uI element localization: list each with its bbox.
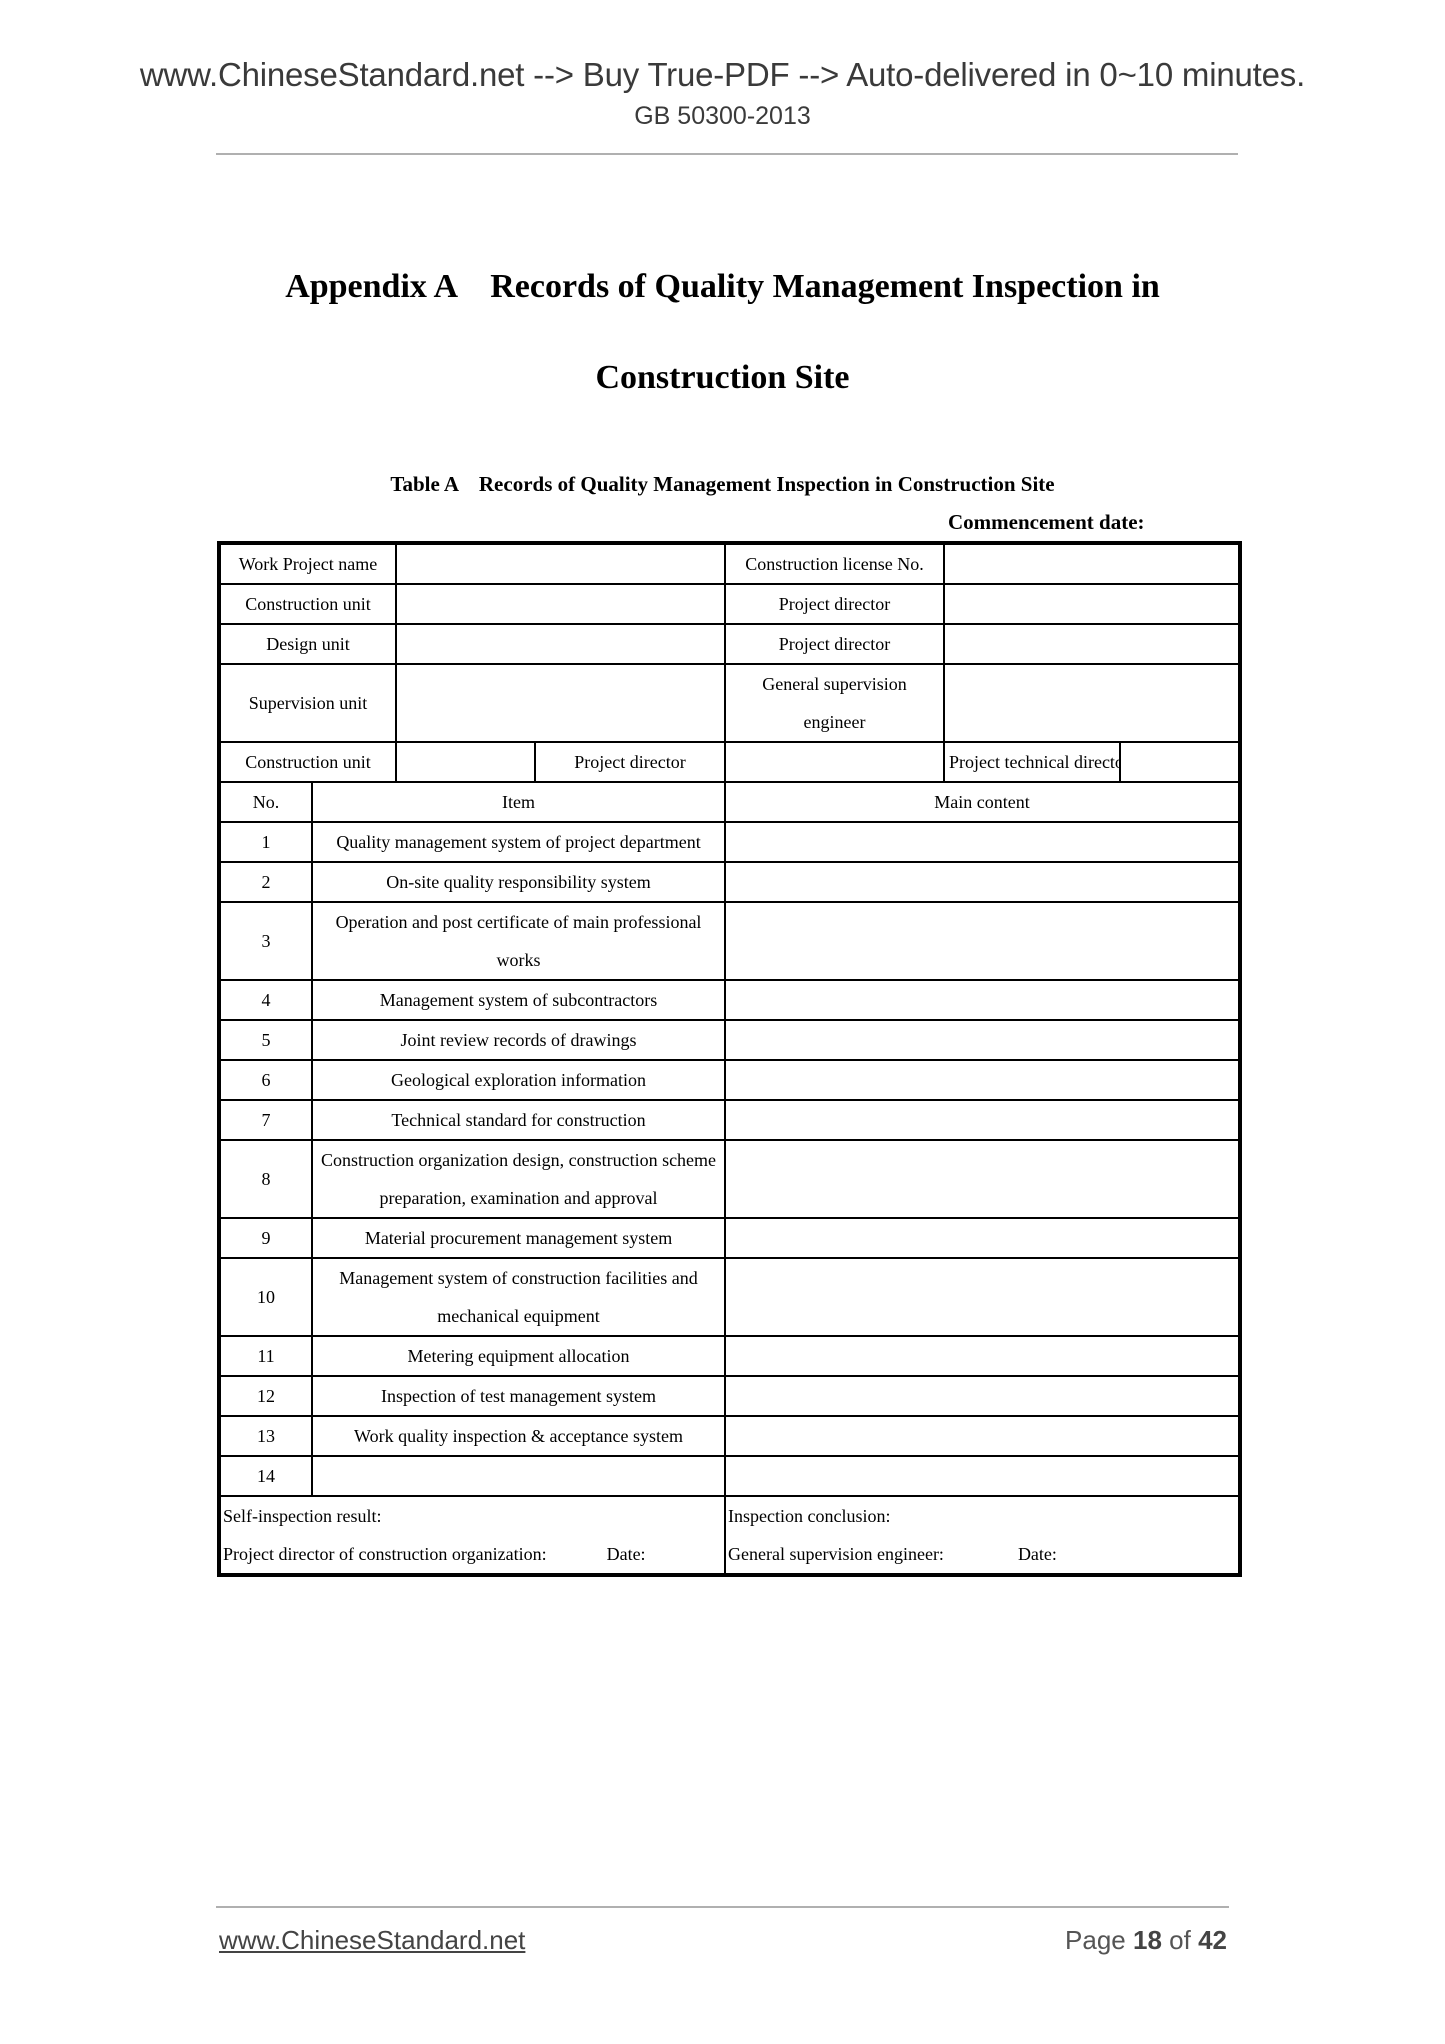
self-inspection-cell-signer: Project director of construction organiz… [223, 1544, 547, 1564]
item-name: Construction organization design, constr… [312, 1140, 725, 1218]
table-row: 4Management system of subcontractors [219, 980, 1240, 1020]
item-number: 9 [219, 1218, 312, 1258]
table-row: 7Technical standard for construction [219, 1100, 1240, 1140]
project-director-label: Project director [535, 742, 725, 782]
item-number: 2 [219, 862, 312, 902]
inspection-conclusion-cell-signer: General supervision engineer: [728, 1544, 944, 1564]
column-header-item: Item [312, 782, 725, 822]
appendix-title-line2: Construction Site [0, 359, 1445, 397]
commencement-date-label: Commencement date: [948, 510, 1145, 535]
table-row: 3Operation and post certificate of main … [219, 902, 1240, 980]
item-number: 5 [219, 1020, 312, 1060]
signoff-row: Self-inspection result:Project director … [219, 1496, 1240, 1575]
table-row: 12Inspection of test management system [219, 1376, 1240, 1416]
item-content-field[interactable] [725, 1140, 1240, 1218]
column-header-content: Main content [725, 782, 1240, 822]
info-row: Design unitProject director [219, 624, 1240, 664]
item-number: 4 [219, 980, 312, 1020]
info-value-field[interactable] [396, 584, 725, 624]
item-content-field[interactable] [725, 1060, 1240, 1100]
page-of: of [1169, 1925, 1191, 1955]
standard-code: GB 50300-2013 [0, 102, 1445, 131]
table-row: 2On-site quality responsibility system [219, 862, 1240, 902]
project-director-field[interactable] [725, 742, 944, 782]
info-value-field-2[interactable] [944, 664, 1240, 742]
info-value-field[interactable] [396, 543, 725, 584]
info-value-field[interactable] [396, 664, 725, 742]
appendix-title-line1: Appendix A Records of Quality Management… [0, 268, 1445, 306]
construction-unit-field[interactable] [396, 742, 535, 782]
inspection-record-table: Work Project nameConstruction license No… [217, 541, 1242, 1577]
item-content-field[interactable] [725, 1456, 1240, 1496]
inspection-conclusion-cell[interactable]: Inspection conclusion:General supervisio… [725, 1496, 1240, 1575]
item-name: Operation and post certificate of main p… [312, 902, 725, 980]
item-number: 8 [219, 1140, 312, 1218]
info-label: Supervision unit [219, 664, 396, 742]
item-content-field[interactable] [725, 980, 1240, 1020]
item-content-field[interactable] [725, 1416, 1240, 1456]
item-name: Material procurement management system [312, 1218, 725, 1258]
item-name: Geological exploration information [312, 1060, 725, 1100]
item-content-field[interactable] [725, 902, 1240, 980]
table-row: 11Metering equipment allocation [219, 1336, 1240, 1376]
item-name: Management system of subcontractors [312, 980, 725, 1020]
item-content-field[interactable] [725, 1376, 1240, 1416]
info-row: Supervision unitGeneral supervision engi… [219, 664, 1240, 742]
item-number: 6 [219, 1060, 312, 1100]
item-name: Management system of construction facili… [312, 1258, 725, 1336]
self-inspection-cell[interactable]: Self-inspection result:Project director … [219, 1496, 725, 1575]
table-row: 1Quality management system of project de… [219, 822, 1240, 862]
self-inspection-cell-title: Self-inspection result: [223, 1506, 381, 1526]
info-row: Work Project nameConstruction license No… [219, 543, 1240, 584]
item-name: Quality management system of project dep… [312, 822, 725, 862]
item-name: Joint review records of drawings [312, 1020, 725, 1060]
table-row: 5Joint review records of drawings [219, 1020, 1240, 1060]
page-total: 42 [1198, 1925, 1227, 1955]
tech-director-field[interactable] [1120, 742, 1240, 782]
table-row: 13Work quality inspection & acceptance s… [219, 1416, 1240, 1456]
inspection-conclusion-cell-title: Inspection conclusion: [728, 1506, 890, 1526]
item-name: Metering equipment allocation [312, 1336, 725, 1376]
construction-unit-label: Construction unit [219, 742, 396, 782]
info-value-field-2[interactable] [944, 584, 1240, 624]
info-label-2: General supervision engineer [725, 664, 944, 742]
info-label-2: Construction license No. [725, 543, 944, 584]
info-label: Design unit [219, 624, 396, 664]
page-indicator: Page 18 of 42 [1065, 1925, 1227, 1956]
item-content-field[interactable] [725, 1258, 1240, 1336]
item-content-field[interactable] [725, 1218, 1240, 1258]
item-number: 10 [219, 1258, 312, 1336]
self-inspection-cell-date-label: Date: [607, 1535, 646, 1573]
item-content-field[interactable] [725, 862, 1240, 902]
item-number: 14 [219, 1456, 312, 1496]
table-row: 14 [219, 1456, 1240, 1496]
info-value-field[interactable] [396, 624, 725, 664]
item-number: 1 [219, 822, 312, 862]
info-row: Construction unitProject director [219, 584, 1240, 624]
construction-unit-row: Construction unitProject directorProject… [219, 742, 1240, 782]
item-name: Technical standard for construction [312, 1100, 725, 1140]
footer-divider [216, 1906, 1229, 1908]
items-header-row: No.ItemMain content [219, 782, 1240, 822]
column-header-no: No. [219, 782, 312, 822]
item-content-field[interactable] [725, 1020, 1240, 1060]
page-current: 18 [1133, 1925, 1162, 1955]
table-row: 6Geological exploration information [219, 1060, 1240, 1100]
tech-director-label: Project technical director [944, 742, 1120, 782]
item-number: 3 [219, 902, 312, 980]
inspection-conclusion-cell-date-label: Date: [1018, 1535, 1057, 1573]
item-name: On-site quality responsibility system [312, 862, 725, 902]
item-number: 13 [219, 1416, 312, 1456]
info-value-field-2[interactable] [944, 543, 1240, 584]
info-label-2: Project director [725, 624, 944, 664]
item-content-field[interactable] [725, 1336, 1240, 1376]
header-divider [216, 153, 1238, 155]
info-label: Work Project name [219, 543, 396, 584]
table-row: 10Management system of construction faci… [219, 1258, 1240, 1336]
info-label-2: Project director [725, 584, 944, 624]
item-number: 7 [219, 1100, 312, 1140]
item-content-field[interactable] [725, 1100, 1240, 1140]
info-value-field-2[interactable] [944, 624, 1240, 664]
table-caption: Table A Records of Quality Management In… [0, 472, 1445, 497]
item-number: 12 [219, 1376, 312, 1416]
item-name: Work quality inspection & acceptance sys… [312, 1416, 725, 1456]
footer-site-link[interactable]: www.ChineseStandard.net [219, 1925, 525, 1956]
page-prefix: Page [1065, 1925, 1126, 1955]
item-number: 11 [219, 1336, 312, 1376]
table-row: 9Material procurement management system [219, 1218, 1240, 1258]
header-banner: www.ChineseStandard.net --> Buy True-PDF… [0, 56, 1445, 94]
item-content-field[interactable] [725, 822, 1240, 862]
table-row: 8Construction organization design, const… [219, 1140, 1240, 1218]
item-name: Inspection of test management system [312, 1376, 725, 1416]
info-label: Construction unit [219, 584, 396, 624]
item-name [312, 1456, 725, 1496]
